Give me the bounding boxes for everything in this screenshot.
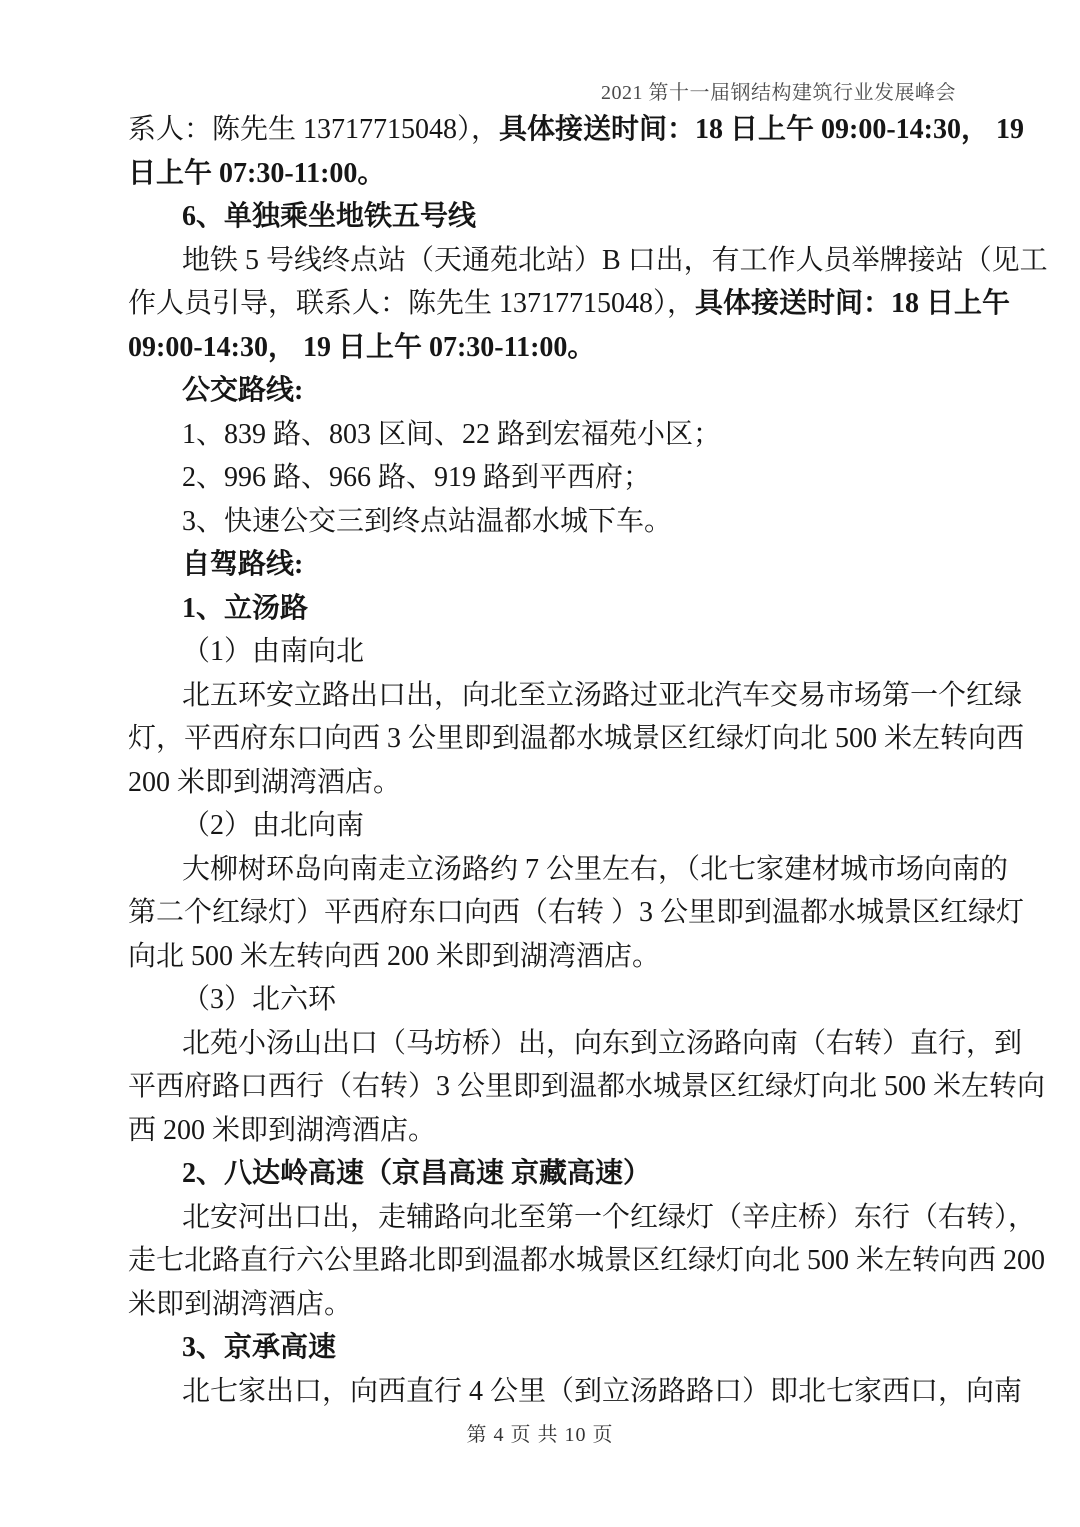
text-segment: （2）由北向南 (182, 810, 364, 841)
document-body: 系人：陈先生 13717715048），具体接送时间：18 日上午 09:00-… (128, 108, 952, 1413)
text-segment: 北苑小汤山出口（马坊桥）出，向东到立汤路向南（右转）直行，到 (182, 1028, 1022, 1059)
document-line: 北七家出口，向西直行 4 公里（到立汤路路口）即北七家西口，向南 (128, 1370, 952, 1414)
document-line: （3）北六环 (128, 978, 952, 1022)
page-number: 第 4 页 共 10 页 (0, 1418, 1080, 1447)
document-page: 2021 第十一届钢结构建筑行业发展峰会 系人：陈先生 13717715048）… (0, 0, 1080, 1527)
document-line: 3、京承高速 (128, 1326, 952, 1370)
bold-text-segment: 自驾路线: (182, 549, 303, 580)
document-line: 09:00-14:30， 19 日上午 07:30-11:00。 (128, 326, 952, 370)
document-line: 1、立汤路 (128, 587, 952, 631)
document-line: 西 200 米即到湖湾酒店。 (128, 1109, 952, 1153)
document-line: 平西府路口西行（右转）3 公里即到温都水城景区红绿灯向北 500 米左转向 (128, 1065, 952, 1109)
bold-text-segment: 6、单独乘坐地铁五号线 (182, 201, 476, 232)
document-line: 北苑小汤山出口（马坊桥）出，向东到立汤路向南（右转）直行，到 (128, 1022, 952, 1066)
document-line: 自驾路线: (128, 543, 952, 587)
document-line: 3、快速公交三到终点站温都水城下车。 (128, 500, 952, 544)
document-line: 大柳树环岛向南走立汤路约 7 公里左右，（北七家建材城市场向南的 (128, 848, 952, 892)
document-line: 米即到湖湾酒店。 (128, 1283, 952, 1327)
document-line: 北安河出口出，走辅路向北至第一个红绿灯（辛庄桥）东行（右转）， (128, 1196, 952, 1240)
text-segment: 200 米即到湖湾酒店。 (128, 767, 401, 798)
text-segment: 北七家出口，向西直行 4 公里（到立汤路路口）即北七家西口，向南 (182, 1376, 1022, 1407)
document-line: 1、839 路、803 区间、22 路到宏福苑小区； (128, 413, 952, 457)
text-segment: 北五环安立路出口出，向北至立汤路过亚北汽车交易市场第一个红绿 (182, 680, 1022, 711)
document-line: 作人员引导，联系人：陈先生 13717715048），具体接送时间：18 日上午 (128, 282, 952, 326)
text-segment: 走七北路直行六公里路北即到温都水城景区红绿灯向北 500 米左转向西 200 (128, 1245, 1045, 1276)
bold-text-segment: 3、京承高速 (182, 1332, 336, 1363)
text-segment: （3）北六环 (182, 984, 336, 1015)
text-segment: 3、快速公交三到终点站温都水城下车。 (182, 506, 672, 537)
text-segment: 米即到湖湾酒店。 (128, 1289, 352, 1320)
document-line: 灯，平西府东口向西 3 公里即到温都水城景区红绿灯向北 500 米左转向西 (128, 717, 952, 761)
document-line: 日上午 07:30-11:00。 (128, 152, 952, 196)
text-segment: 北安河出口出，走辅路向北至第一个红绿灯（辛庄桥）东行（右转）， (182, 1202, 1036, 1233)
document-line: 系人：陈先生 13717715048），具体接送时间：18 日上午 09:00-… (128, 108, 952, 152)
bold-text-segment: 日上午 07:30-11:00。 (128, 158, 385, 189)
text-segment: 系人：陈先生 13717715048）， (128, 114, 499, 145)
text-segment: 平西府路口西行（右转）3 公里即到温都水城景区红绿灯向北 500 米左转向 (128, 1071, 1045, 1102)
document-line: 公交路线: (128, 369, 952, 413)
document-line: 向北 500 米左转向西 200 米即到湖湾酒店。 (128, 935, 952, 979)
bold-text-segment: 1、立汤路 (182, 593, 308, 624)
document-line: 200 米即到湖湾酒店。 (128, 761, 952, 805)
document-line: （1）由南向北 (128, 630, 952, 674)
document-line: 6、单独乘坐地铁五号线 (128, 195, 952, 239)
text-segment: 西 200 米即到湖湾酒店。 (128, 1115, 436, 1146)
document-line: 走七北路直行六公里路北即到温都水城景区红绿灯向北 500 米左转向西 200 (128, 1239, 952, 1283)
document-line: 地铁 5 号线终点站（天通苑北站）B 口出，有工作人员举牌接站（见工 (128, 239, 952, 283)
document-line: 第二个红绿灯）平西府东口向西（右转 ）3 公里即到温都水城景区红绿灯 (128, 891, 952, 935)
bold-text-segment: 2、八达岭高速（京昌高速 京藏高速） (182, 1158, 651, 1189)
text-segment: 作人员引导，联系人：陈先生 13717715048）， (128, 288, 695, 319)
text-segment: （1）由南向北 (182, 636, 364, 667)
text-segment: 灯，平西府东口向西 3 公里即到温都水城景区红绿灯向北 500 米左转向西 (128, 723, 1024, 754)
bold-text-segment: 具体接送时间：18 日上午 (695, 288, 1010, 319)
document-line: 北五环安立路出口出，向北至立汤路过亚北汽车交易市场第一个红绿 (128, 674, 952, 718)
document-line: 2、996 路、966 路、919 路到平西府； (128, 456, 952, 500)
text-segment: 地铁 5 号线终点站（天通苑北站）B 口出，有工作人员举牌接站（见工 (182, 245, 1048, 276)
bold-text-segment: 公交路线: (182, 375, 303, 406)
text-segment: 大柳树环岛向南走立汤路约 7 公里左右，（北七家建材城市场向南的 (182, 854, 1008, 885)
text-segment: 第二个红绿灯）平西府东口向西（右转 ）3 公里即到温都水城景区红绿灯 (128, 897, 1024, 928)
text-segment: 向北 500 米左转向西 200 米即到湖湾酒店。 (128, 941, 660, 972)
page-header-title: 2021 第十一届钢结构建筑行业发展峰会 (601, 76, 956, 105)
bold-text-segment: 具体接送时间：18 日上午 09:00-14:30， 19 (499, 114, 1024, 145)
text-segment: 1、839 路、803 区间、22 路到宏福苑小区； (182, 419, 721, 450)
bold-text-segment: 09:00-14:30， 19 日上午 07:30-11:00。 (128, 332, 595, 363)
document-line: 2、八达岭高速（京昌高速 京藏高速） (128, 1152, 952, 1196)
text-segment: 2、996 路、966 路、919 路到平西府； (182, 462, 651, 493)
document-line: （2）由北向南 (128, 804, 952, 848)
